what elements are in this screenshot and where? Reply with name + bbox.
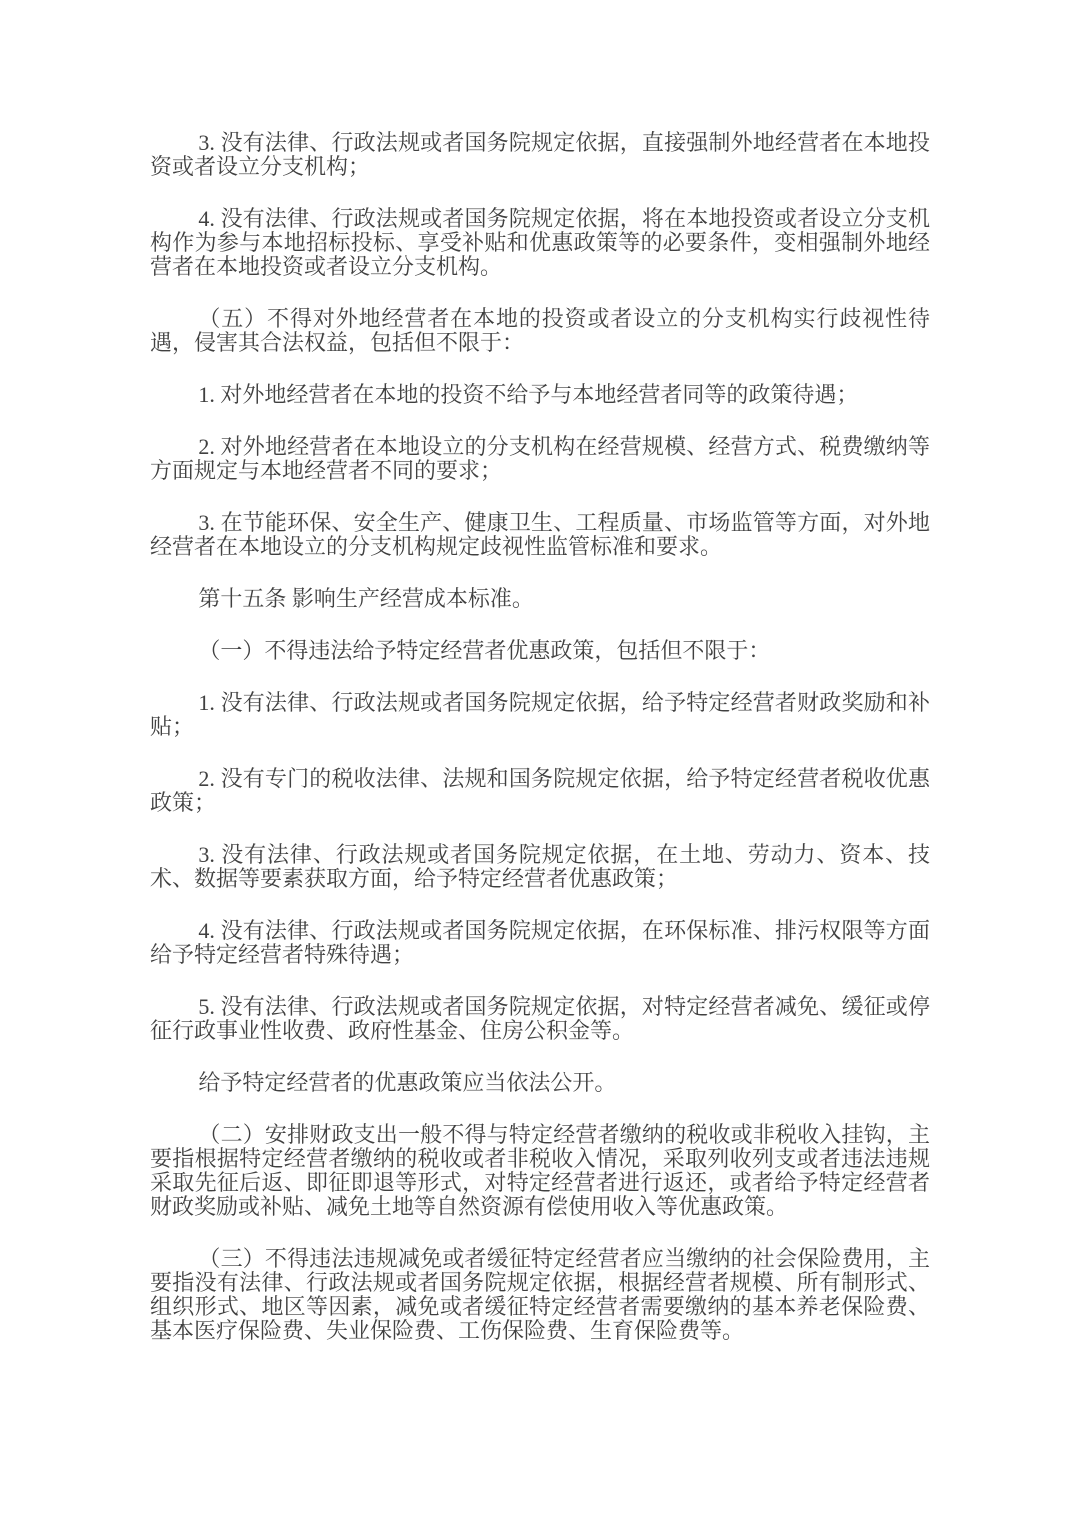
document-body-text: 3. 没有法律、行政法规或者国务院规定依据，直接强制外地经营者在本地投资或者设立… [150, 131, 930, 1371]
paragraph: 2. 没有专门的税收法律、法规和国务院规定依据，给予特定经营者税收优惠政策； [150, 767, 930, 815]
paragraph: 2. 对外地经营者在本地设立的分支机构在经营规模、经营方式、税费缴纳等方面规定与… [150, 435, 930, 483]
paragraph: 4. 没有法律、行政法规或者国务院规定依据，在环保标准、排污权限等方面给予特定经… [150, 919, 930, 967]
paragraph: 给予特定经营者的优惠政策应当依法公开。 [150, 1071, 930, 1095]
paragraph: 1. 没有法律、行政法规或者国务院规定依据，给予特定经营者财政奖励和补贴； [150, 691, 930, 739]
paragraph: 1. 对外地经营者在本地的投资不给予与本地经营者同等的政策待遇； [150, 383, 930, 407]
paragraph: （二）安排财政支出一般不得与特定经营者缴纳的税收或非税收入挂钩，主要指根据特定经… [150, 1123, 930, 1219]
document-page: 3. 没有法律、行政法规或者国务院规定依据，直接强制外地经营者在本地投资或者设立… [0, 0, 1074, 1520]
paragraph: 5. 没有法律、行政法规或者国务院规定依据，对特定经营者减免、缓征或停征行政事业… [150, 995, 930, 1043]
paragraph: 3. 在节能环保、安全生产、健康卫生、工程质量、市场监管等方面，对外地经营者在本… [150, 511, 930, 559]
paragraph: 4. 没有法律、行政法规或者国务院规定依据，将在本地投资或者设立分支机构作为参与… [150, 207, 930, 279]
paragraph: （五）不得对外地经营者在本地的投资或者设立的分支机构实行歧视性待遇，侵害其合法权… [150, 307, 930, 355]
paragraph: （三）不得违法违规减免或者缓征特定经营者应当缴纳的社会保险费用，主要指没有法律、… [150, 1247, 930, 1343]
paragraph: 3. 没有法律、行政法规或者国务院规定依据，直接强制外地经营者在本地投资或者设立… [150, 131, 930, 179]
paragraph: （一）不得违法给予特定经营者优惠政策，包括但不限于： [150, 639, 930, 663]
paragraph: 3. 没有法律、行政法规或者国务院规定依据，在土地、劳动力、资本、技术、数据等要… [150, 843, 930, 891]
paragraph-article-heading: 第十五条 影响生产经营成本标准。 [150, 587, 930, 611]
